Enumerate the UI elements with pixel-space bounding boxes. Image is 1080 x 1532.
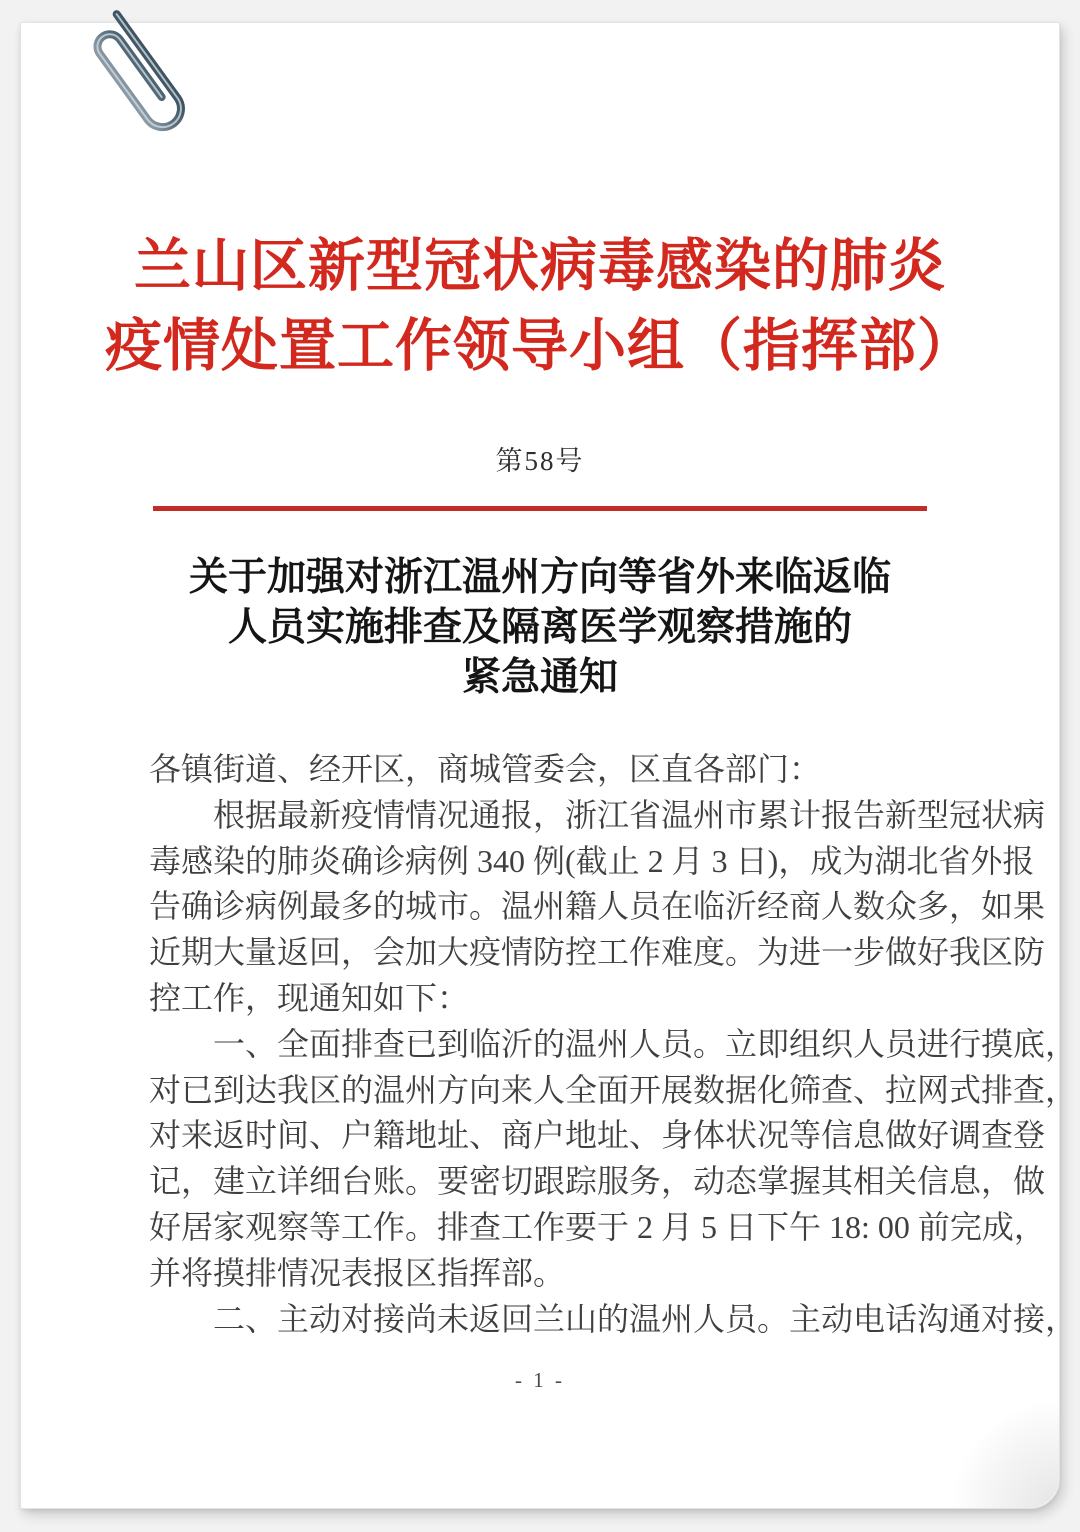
org-title-line2: 疫情处置工作领导小组（指挥部） <box>21 307 1059 387</box>
body-line: 好居家观察等工作。排查工作要于 2 月 5 日下午 18: 00 前完成， <box>149 1205 934 1251</box>
body-line: 毒感染的肺炎确诊病例 340 例(截止 2 月 3 日)，成为湖北省外报 <box>149 839 934 885</box>
document-title-line2: 人员实施排查及隔离医学观察措施的 <box>21 603 1059 653</box>
body-line: 对来返时间、户籍地址、商户地址、身体状况等信息做好调查登 <box>149 1113 934 1159</box>
body-line: 一、全面排查已到临沂的温州人员。立即组织人员进行摸底， <box>149 1022 934 1068</box>
body-line: 控工作，现通知如下： <box>149 976 934 1022</box>
document-title-line3: 紧急通知 <box>21 653 1059 703</box>
document-title: 关于加强对浙江温州方向等省外来临返临 人员实施排查及隔离医学观察措施的 紧急通知 <box>21 553 1059 703</box>
org-title-line1: 兰山区新型冠状病毒感染的肺炎 <box>21 227 1059 307</box>
body-line: 各镇街道、经开区，商城管委会，区直各部门： <box>149 747 934 793</box>
body-line: 近期大量返回，会加大疫情防控工作难度。为进一步做好我区防 <box>149 930 934 976</box>
body-line: 对已到达我区的温州方向来人全面开展数据化筛查、拉网式排查， <box>149 1068 934 1114</box>
issue-number: 第58号 <box>21 439 1059 478</box>
document-page: 兰山区新型冠状病毒感染的肺炎 疫情处置工作领导小组（指挥部） 第58号 关于加强… <box>20 22 1060 1509</box>
body-line: 根据最新疫情情况通报，浙江省温州市累计报告新型冠状病 <box>149 793 934 839</box>
paperclip-icon <box>54 0 225 169</box>
body-line: 记，建立详细台账。要密切跟踪服务，动态掌握其相关信息，做 <box>149 1159 934 1205</box>
page-number: - 1 - <box>21 1368 1059 1393</box>
body-line: 并将摸排情况表报区指挥部。 <box>149 1251 934 1297</box>
issuing-org-title: 兰山区新型冠状病毒感染的肺炎 疫情处置工作领导小组（指挥部） <box>21 227 1059 387</box>
red-divider-rule <box>153 506 927 511</box>
document-title-line1: 关于加强对浙江温州方向等省外来临返临 <box>21 553 1059 603</box>
document-body: 各镇街道、经开区，商城管委会，区直各部门： 根据最新疫情情况通报，浙江省温州市累… <box>21 747 1059 1342</box>
body-line: 告确诊病例最多的城市。温州籍人员在临沂经商人数众多，如果 <box>149 884 934 930</box>
body-line: 二、主动对接尚未返回兰山的温州人员。主动电话沟通对接， <box>149 1297 934 1343</box>
